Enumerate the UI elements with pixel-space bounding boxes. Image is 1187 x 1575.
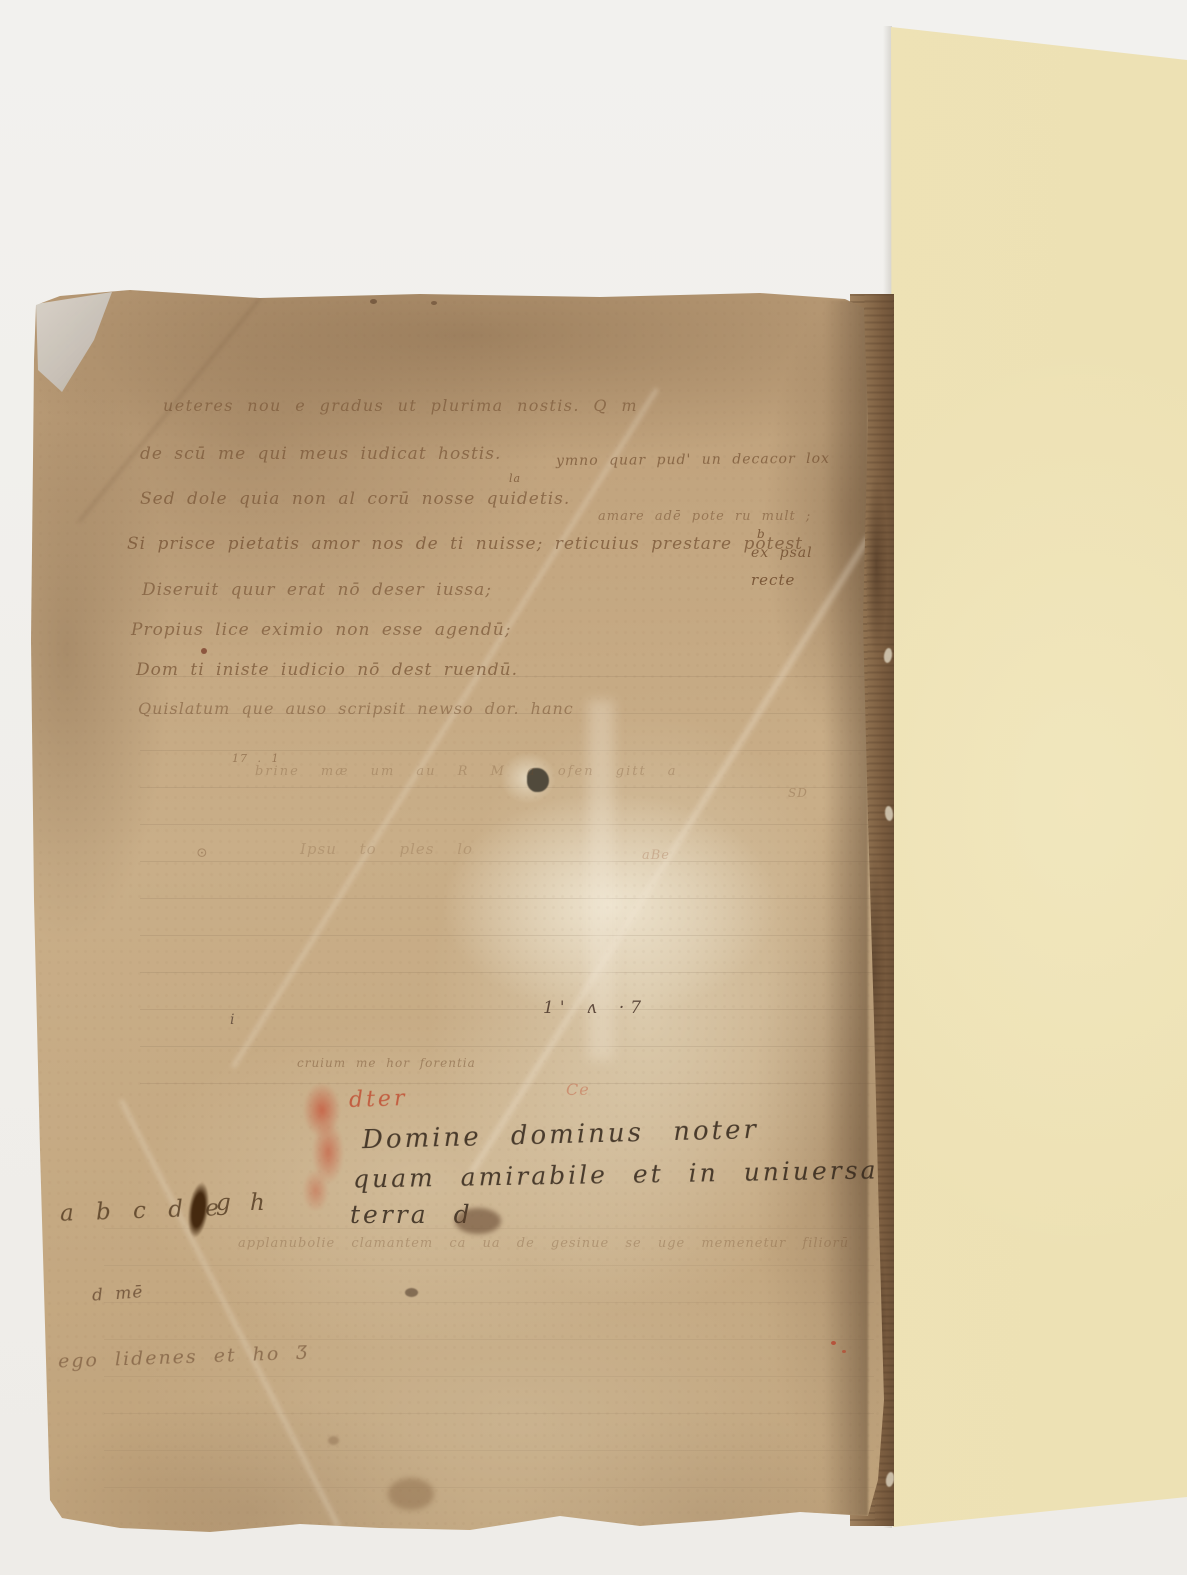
red-pen-trial: Ce	[566, 1080, 590, 1099]
ghost-text: SD	[788, 786, 808, 800]
margin-note: la	[509, 472, 521, 485]
faint-inscription: cruium me hor forentia	[297, 1056, 476, 1070]
stain	[201, 648, 207, 654]
manuscript-line: Propius lice eximio non esse agendū;	[131, 620, 511, 640]
stain	[370, 299, 377, 304]
red-speck	[831, 1341, 836, 1345]
ghost-text: brine mæ um au R M a ofen gitt a	[255, 764, 678, 779]
ghost-text: Ipsu to ples lo	[300, 840, 473, 858]
manuscript-line: Si prisce pietatis amor nos de ti nuisse…	[127, 534, 803, 554]
damaged-corner	[34, 288, 120, 398]
pen-trial-marks: i	[230, 1012, 235, 1028]
margin-note: amare adē pote ru mult ;	[598, 509, 811, 524]
red-ink-note: dter	[349, 1086, 408, 1113]
red-speck	[842, 1350, 846, 1353]
scribble: d mē	[91, 1282, 144, 1306]
probatio-line: terra d	[350, 1200, 473, 1229]
ghost-text: applanubolie clamantem ca ua de gesinue …	[238, 1236, 849, 1251]
ghost-text: ⊙	[196, 845, 209, 861]
stain	[431, 301, 437, 305]
margin-note: recte	[751, 571, 795, 589]
alphabet-trial: g h	[216, 1190, 266, 1216]
ghost-text: aBe	[642, 848, 670, 863]
pen-trial-marks: 1' ʌ ·7	[543, 998, 647, 1018]
manuscript-line: Quislatum que auso scripsit newso dor. h…	[138, 699, 574, 718]
manuscript-line: ueteres nou e gradus ut plurima nostis. …	[163, 396, 638, 415]
ink-smudge	[455, 1208, 501, 1234]
stain	[405, 1288, 418, 1297]
probatio-line: quam amirabile et in uniuersa	[353, 1155, 879, 1193]
manuscript-line: de scū me qui meus iudicat hostis.	[140, 444, 501, 464]
red-ink-blot	[294, 1082, 356, 1210]
manuscript-line: Dom ti iniste iudicio nō dest ruendū.	[136, 660, 518, 680]
margin-note: ex psal	[751, 545, 813, 561]
manuscript-line: Sed dole quia non al corū nosse quidetis…	[140, 489, 570, 509]
manuscript-line: Diseruit quur erat nō deser iussa;	[142, 580, 492, 600]
stain	[388, 1478, 434, 1510]
manuscript-photo: ueteres nou e gradus ut plurima nostis. …	[0, 0, 1187, 1575]
probatio-line: Domine dominus noter	[362, 1115, 760, 1155]
margin-note: b	[757, 527, 766, 541]
margin-note: ymno quar pud' un decacor lox	[556, 451, 830, 469]
stain	[328, 1436, 339, 1445]
